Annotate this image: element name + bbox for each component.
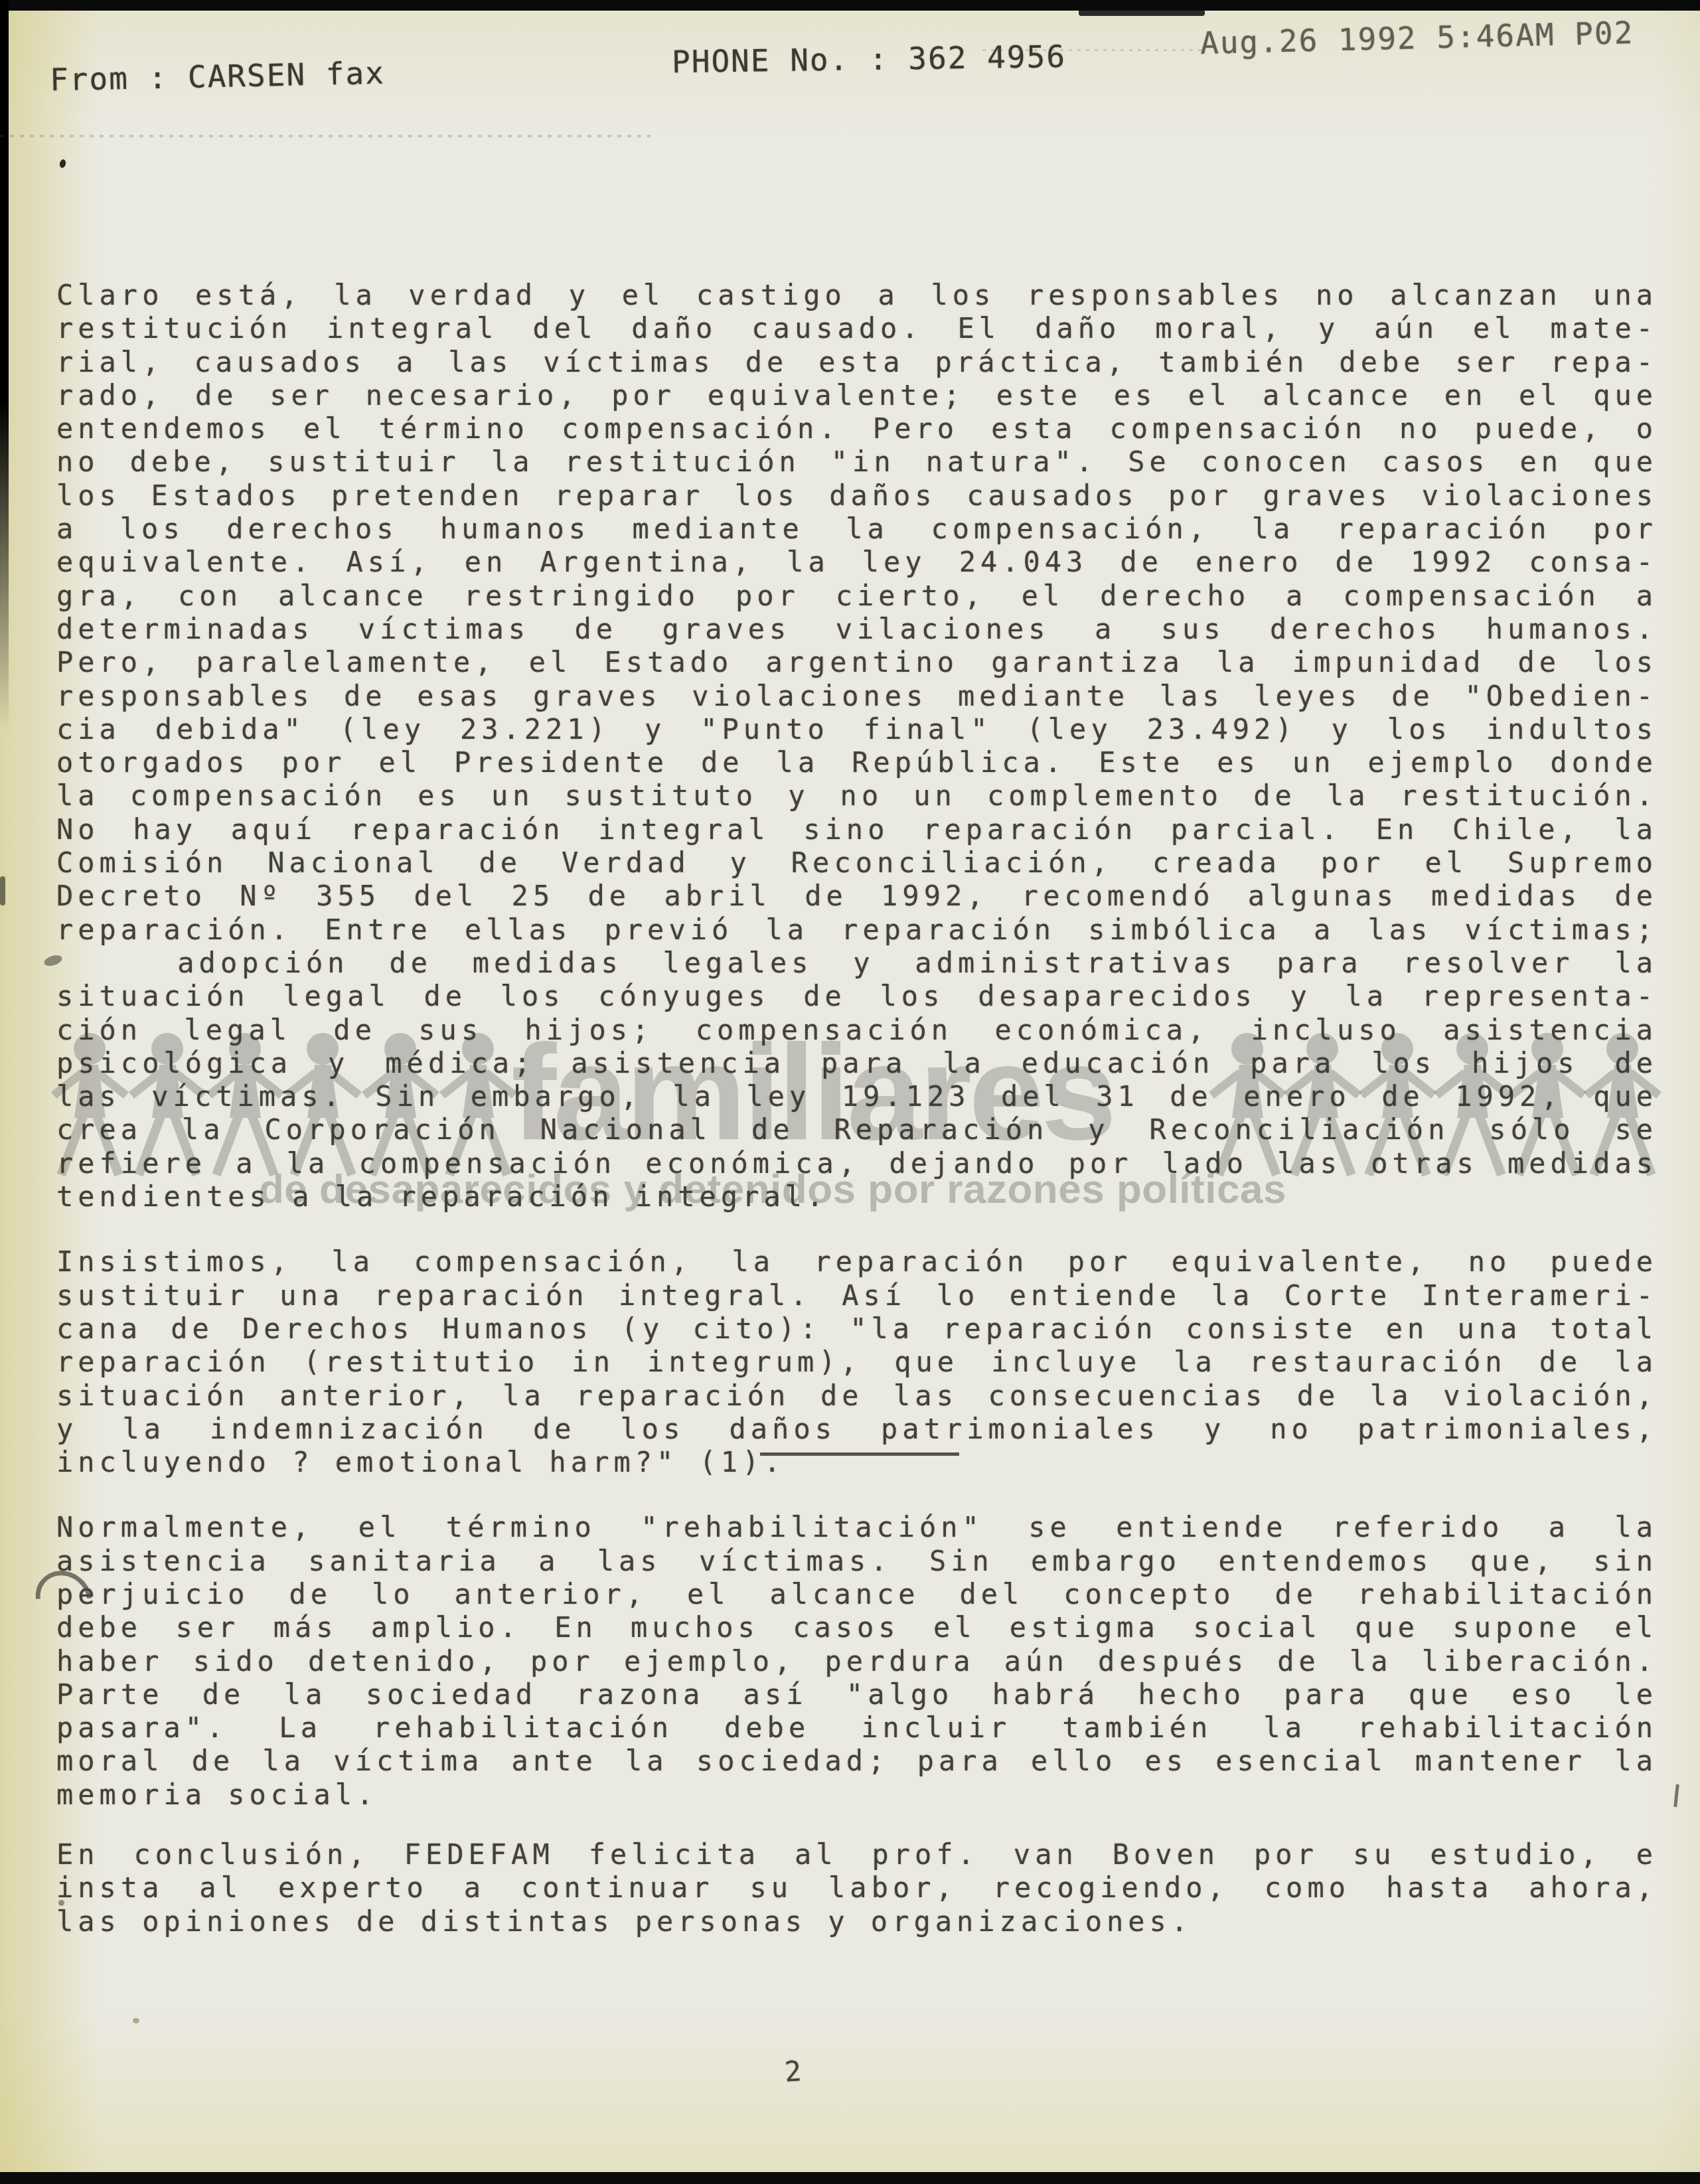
document-line: cia debida" (ley 23.221) y "Punto final"… bbox=[56, 713, 1658, 746]
document-line: tendientes a la reparación integral. bbox=[56, 1180, 1658, 1213]
fax-page: familiares de desaparecidos y detenidos … bbox=[0, 0, 1700, 2184]
document-line: determinadas víctimas de graves vilacion… bbox=[56, 613, 1658, 646]
document-line: y la indemnización de los daños patrimon… bbox=[56, 1413, 1658, 1446]
document-body: Claro está, la verdad y el castigo a los… bbox=[56, 279, 1658, 1938]
fax-noise-streak bbox=[0, 135, 651, 137]
document-line: adopción de medidas legales y administra… bbox=[56, 947, 1658, 980]
paragraph: En conclusión, FEDEFAM felicita al prof.… bbox=[56, 1838, 1658, 1938]
fax-header-datestamp: Aug.26 1992 5:46AM P02 bbox=[1199, 15, 1634, 61]
document-line: refiere a la compensación económica, dej… bbox=[56, 1147, 1658, 1180]
page-number: 2 bbox=[783, 2055, 803, 2088]
document-line: Comisión Nacional de Verdad y Reconcilia… bbox=[56, 846, 1658, 880]
scan-edge-bottom bbox=[0, 2172, 1700, 2184]
document-line: restitución integral del daño causado. E… bbox=[56, 312, 1658, 345]
document-line: haber sido detenido, por ejemplo, perdur… bbox=[56, 1645, 1658, 1678]
document-line: equivalente. Así, en Argentina, la ley 2… bbox=[56, 546, 1658, 579]
ink-speck bbox=[133, 2018, 139, 2023]
document-line: memoria social. bbox=[56, 1778, 1658, 1812]
document-line: los Estados pretenden reparar los daños … bbox=[56, 479, 1658, 512]
document-line: No hay aquí reparación integral sino rep… bbox=[56, 813, 1658, 846]
ink-speck bbox=[58, 159, 66, 169]
paragraph: Normalmente, el término "rehabilitación"… bbox=[56, 1511, 1658, 1812]
fax-header-from: From : CARSEN fax bbox=[49, 55, 385, 98]
document-line: ción legal de sus hijos; compensación ec… bbox=[56, 1014, 1658, 1047]
fax-header-phone: PHONE No. : 362 4956 bbox=[672, 39, 1067, 80]
document-line: entendemos el término compensación. Pero… bbox=[56, 412, 1658, 445]
document-line: incluyendo ? emotional harm?" (1). bbox=[56, 1446, 1658, 1479]
document-line: otorgados por el Presidente de la Repúbl… bbox=[56, 746, 1658, 779]
document-line: Claro está, la verdad y el castigo a los… bbox=[56, 279, 1658, 312]
document-line: reparación. Entre ellas previó la repara… bbox=[56, 913, 1658, 947]
document-line: la compensación es un sustituto y no un … bbox=[56, 779, 1658, 813]
document-line: insta al experto a continuar su labor, r… bbox=[56, 1871, 1658, 1905]
document-line: las víctimas. Sin embargo, la ley 19.123… bbox=[56, 1080, 1658, 1113]
document-line: En conclusión, FEDEFAM felicita al prof.… bbox=[56, 1838, 1658, 1871]
fax-noise-streak bbox=[982, 49, 1201, 51]
document-line: a los derechos humanos mediante la compe… bbox=[56, 512, 1658, 546]
document-line: situación legal de los cónyuges de los d… bbox=[56, 980, 1658, 1013]
document-line: debe ser más amplio. En muchos casos el … bbox=[56, 1611, 1658, 1644]
document-line: responsables de esas graves violaciones … bbox=[56, 680, 1658, 713]
document-line: no debe, sustituir la restitución "in na… bbox=[56, 445, 1658, 479]
document-line: Decreto Nº 355 del 25 de abril de 1992, … bbox=[56, 880, 1658, 913]
document-line: moral de la víctima ante la sociedad; pa… bbox=[56, 1745, 1658, 1778]
document-line: Pero, paralelamente, el Estado argentino… bbox=[56, 646, 1658, 679]
scan-edge-top bbox=[0, 0, 1700, 11]
scan-edge-left bbox=[0, 0, 9, 730]
document-line: rial, causados a las víctimas de esta pr… bbox=[56, 346, 1658, 379]
ink-speck bbox=[58, 1900, 64, 1906]
document-line: las opiniones de distintas personas y or… bbox=[56, 1905, 1658, 1938]
scan-artifact bbox=[0, 876, 5, 905]
document-line: reparación (restitutio in integrum), que… bbox=[56, 1346, 1658, 1379]
underline-mark bbox=[760, 1452, 959, 1456]
scan-edge-top-notch bbox=[1079, 9, 1205, 16]
document-line: situación anterior, la reparación de las… bbox=[56, 1379, 1658, 1413]
document-line: Parte de la sociedad razona así "algo ha… bbox=[56, 1678, 1658, 1711]
document-line: psicológica y médica; asistencia para la… bbox=[56, 1047, 1658, 1080]
paragraph: Claro está, la verdad y el castigo a los… bbox=[56, 279, 1658, 1213]
document-line: crea la Corporación Nacional de Reparaci… bbox=[56, 1113, 1658, 1146]
document-line: Insistimos, la compensación, la reparaci… bbox=[56, 1245, 1658, 1279]
document-line: Normalmente, el término "rehabilitación"… bbox=[56, 1511, 1658, 1544]
paragraph: Insistimos, la compensación, la reparaci… bbox=[56, 1245, 1658, 1479]
document-line: asistencia sanitaria a las víctimas. Sin… bbox=[56, 1545, 1658, 1578]
document-line: cana de Derechos Humanos (y cito): "la r… bbox=[56, 1312, 1658, 1346]
document-line: rado, de ser necesario, por equivalente;… bbox=[56, 379, 1658, 412]
document-line: perjuicio de lo anterior, el alcance del… bbox=[56, 1578, 1658, 1611]
document-line: pasara". La rehabilitación debe incluir … bbox=[56, 1711, 1658, 1745]
document-line: gra, con alcance restringido por cierto,… bbox=[56, 580, 1658, 613]
document-line: sustituir una reparación integral. Así l… bbox=[56, 1279, 1658, 1312]
ink-speck bbox=[1673, 1784, 1679, 1807]
